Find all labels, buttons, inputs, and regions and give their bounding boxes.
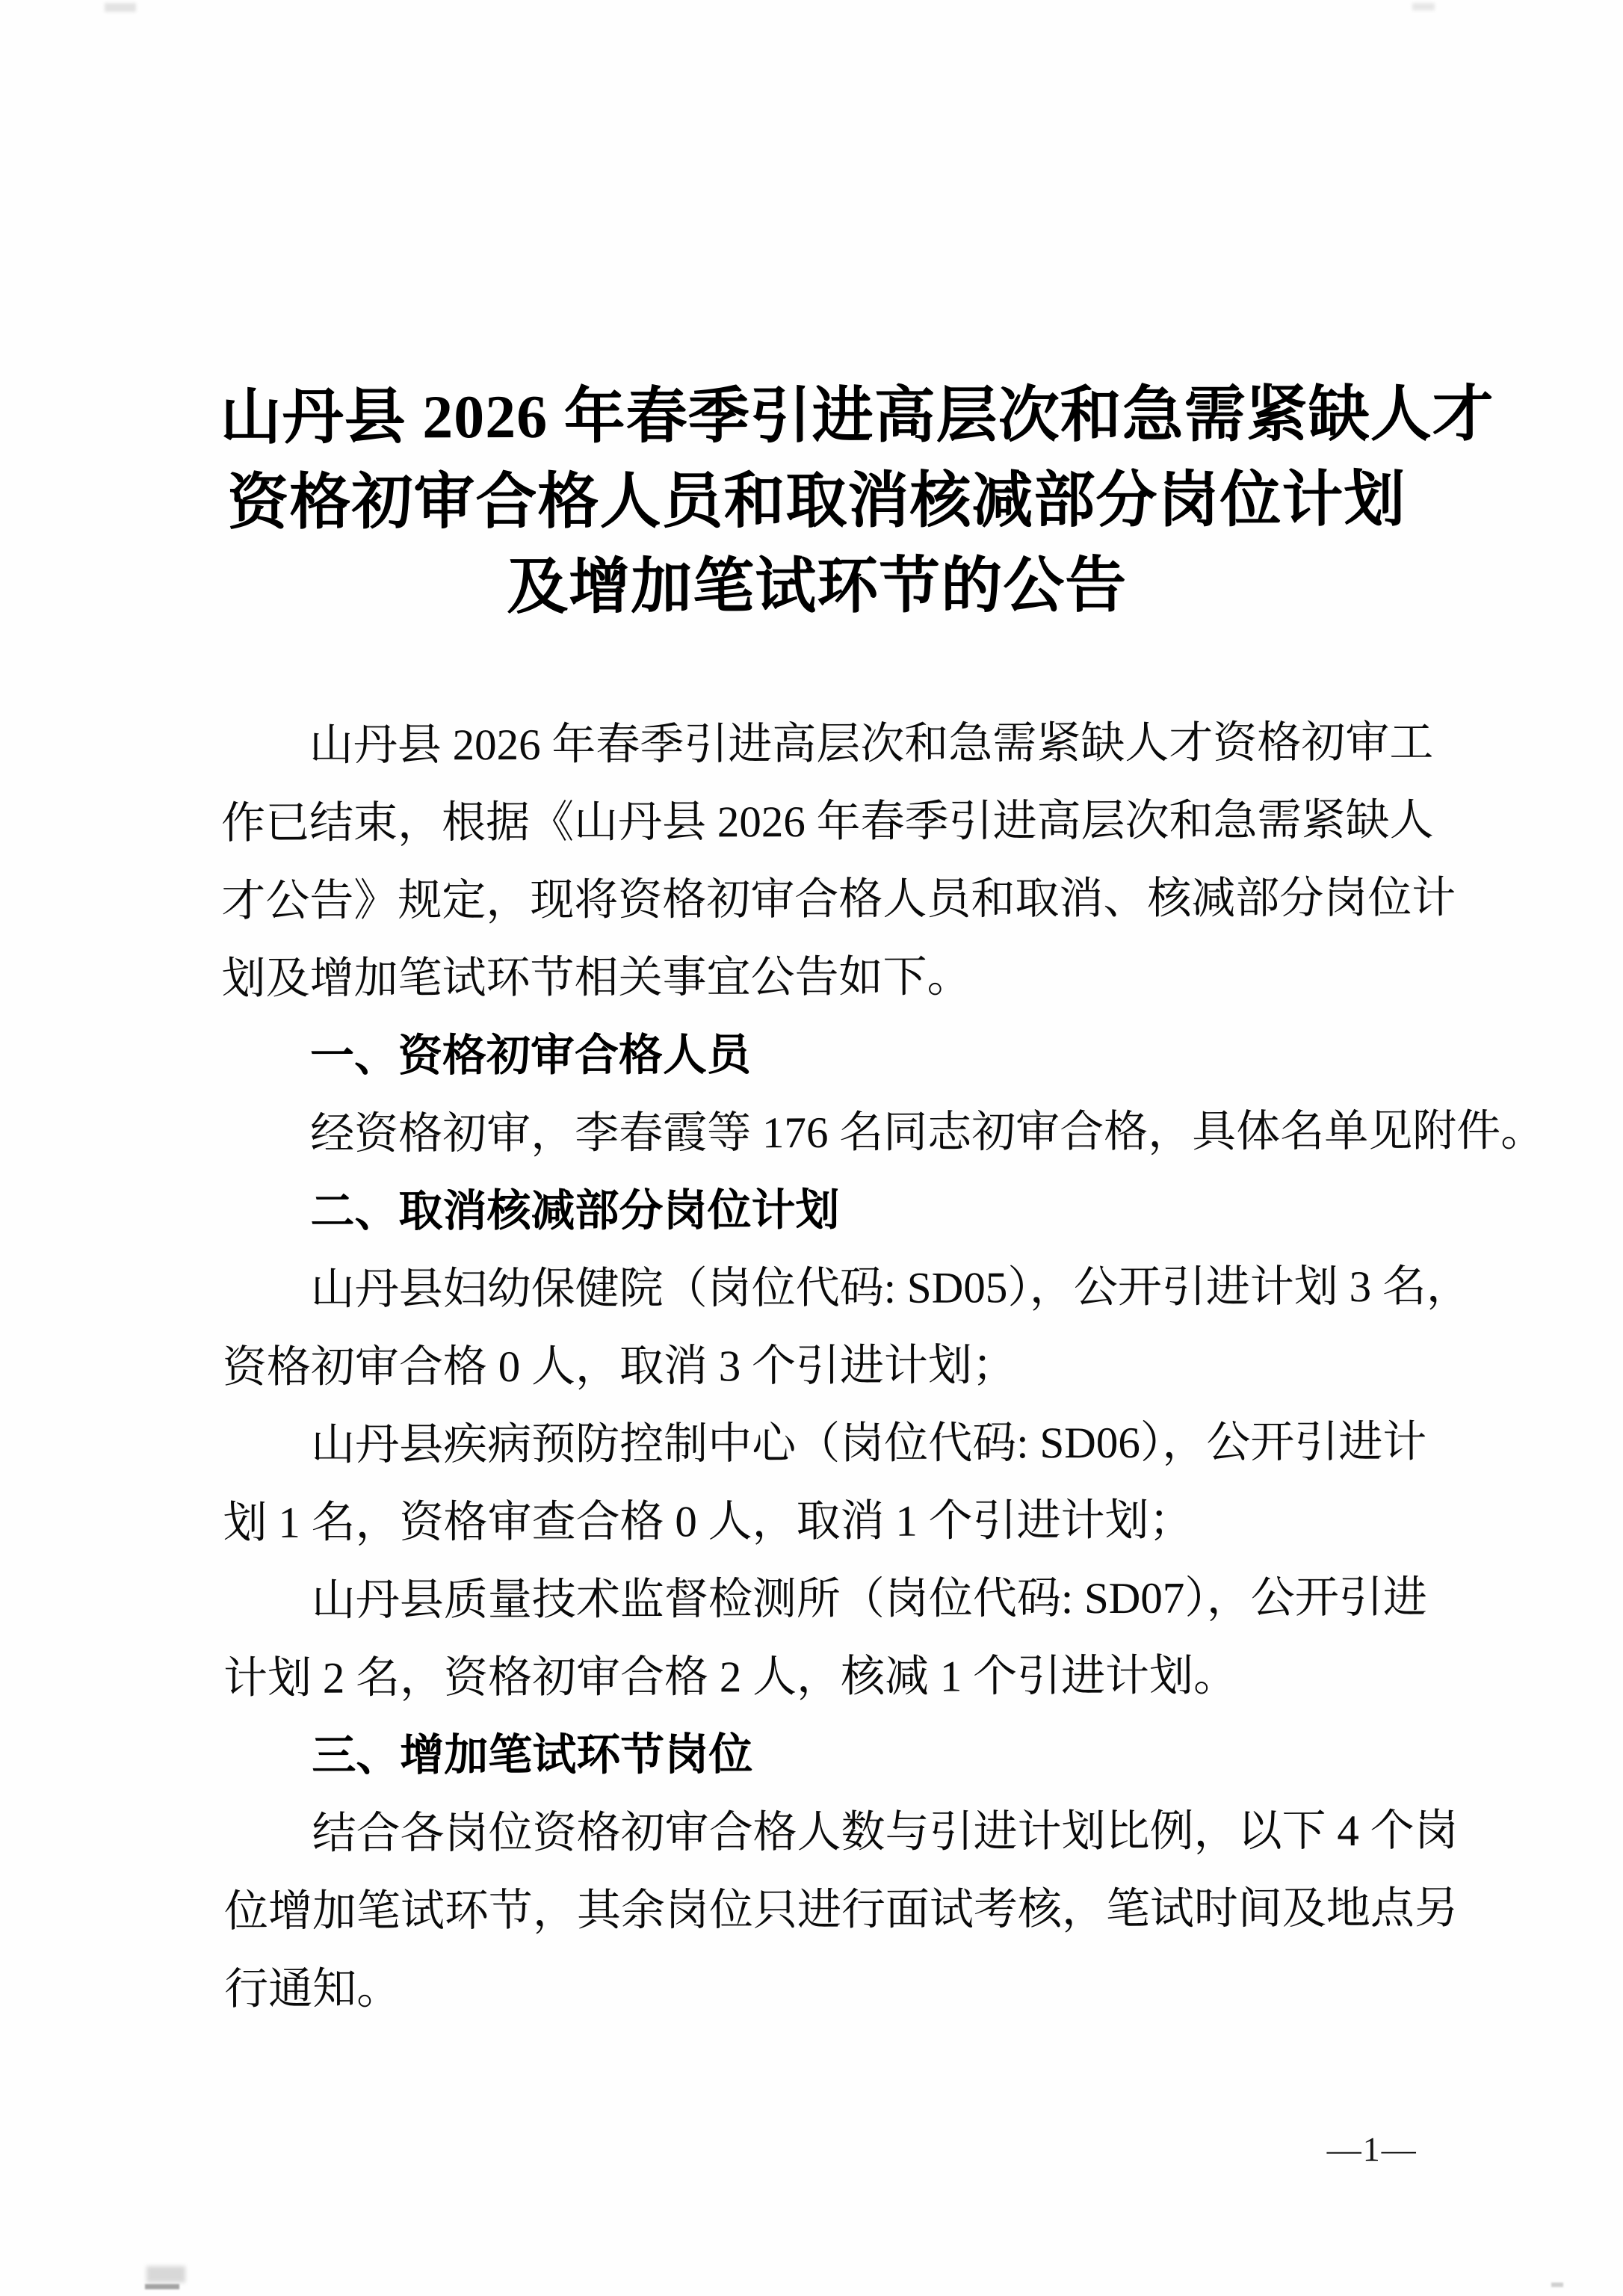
body-text-line: 行通知。 — [224, 1947, 1417, 2028]
body-text-line: 结合各岗位资格初审合格人数与引进计划比例，以下 4 个岗 — [223, 1792, 1416, 1872]
scan-artifact-bottom-smudge — [146, 2266, 185, 2283]
title-line-3: 及增加笔试环节的公告 — [220, 543, 1413, 631]
body-text-line: 资格初审合格 0 人，取消 3 个引进计划； — [223, 1325, 1415, 1406]
body-text-line: 计划 2 名，资格初审合格 2 人，核减 1 个引进计划。 — [223, 1636, 1416, 1717]
title-line-2: 资格初审合格人员和取消核减部分岗位计划 — [220, 457, 1413, 546]
body-text-line: 划 1 名，资格审查合格 0 人，取消 1 个引进计划； — [223, 1481, 1415, 1561]
body-text-line: 作已结束，根据《山丹县 2026 年春季引进高层次和急需紧缺人 — [221, 781, 1414, 862]
body-text-line: 山丹县疾病预防控制中心（岗位代码: SD06），公开引进计 — [223, 1403, 1415, 1484]
body-text-line: 才公告》规定，现将资格初审合格人员和取消、核减部分岗位计 — [221, 859, 1414, 939]
title-line-1: 山丹县 2026 年春季引进高层次和急需紧缺人才 — [220, 372, 1413, 460]
body-text-line: 山丹县质量技术监督检测所（岗位代码: SD07），公开引进 — [223, 1558, 1416, 1639]
body-text-line: 经资格初审，李春霞等 176 名同志初审合格，具体名单见附件。 — [222, 1092, 1415, 1173]
body-text-line: 山丹县妇幼保健院（岗位代码: SD05），公开引进计划 3 名， — [223, 1247, 1415, 1328]
body-text-line: 位增加笔试环节，其余岗位只进行面试考核，笔试时间及地点另 — [224, 1869, 1417, 1950]
scan-artifact-top-left — [105, 3, 136, 12]
scan-artifact-bottom-right-dot — [1551, 2283, 1563, 2287]
page-number: —1— — [225, 2129, 1418, 2173]
scan-artifact-top-right — [1412, 3, 1435, 10]
document-body: 山丹县 2026 年春季引进高层次和急需紧缺人才资格初审工作已结束，根据《山丹县… — [221, 703, 1418, 2028]
scan-artifact-bottom-strip — [145, 2284, 179, 2289]
body-heading-line: 二、取消核减部分岗位计划 — [222, 1170, 1415, 1250]
body-heading-line: 三、增加笔试环节岗位 — [223, 1714, 1416, 1794]
body-text-line: 划及增加笔试环节相关事宜公告如下。 — [221, 936, 1414, 1017]
document-content: 山丹县 2026 年春季引进高层次和急需紧缺人才 资格初审合格人员和取消核减部分… — [219, 0, 1418, 2173]
document-title: 山丹县 2026 年春季引进高层次和急需紧缺人才 资格初审合格人员和取消核减部分… — [220, 372, 1414, 631]
body-heading-line: 一、资格初审合格人员 — [222, 1014, 1415, 1095]
body-text-line: 山丹县 2026 年春季引进高层次和急需紧缺人才资格初审工 — [221, 703, 1414, 784]
document-page: 山丹县 2026 年春季引进高层次和急需紧缺人才 资格初审合格人员和取消核减部分… — [0, 0, 1623, 2296]
